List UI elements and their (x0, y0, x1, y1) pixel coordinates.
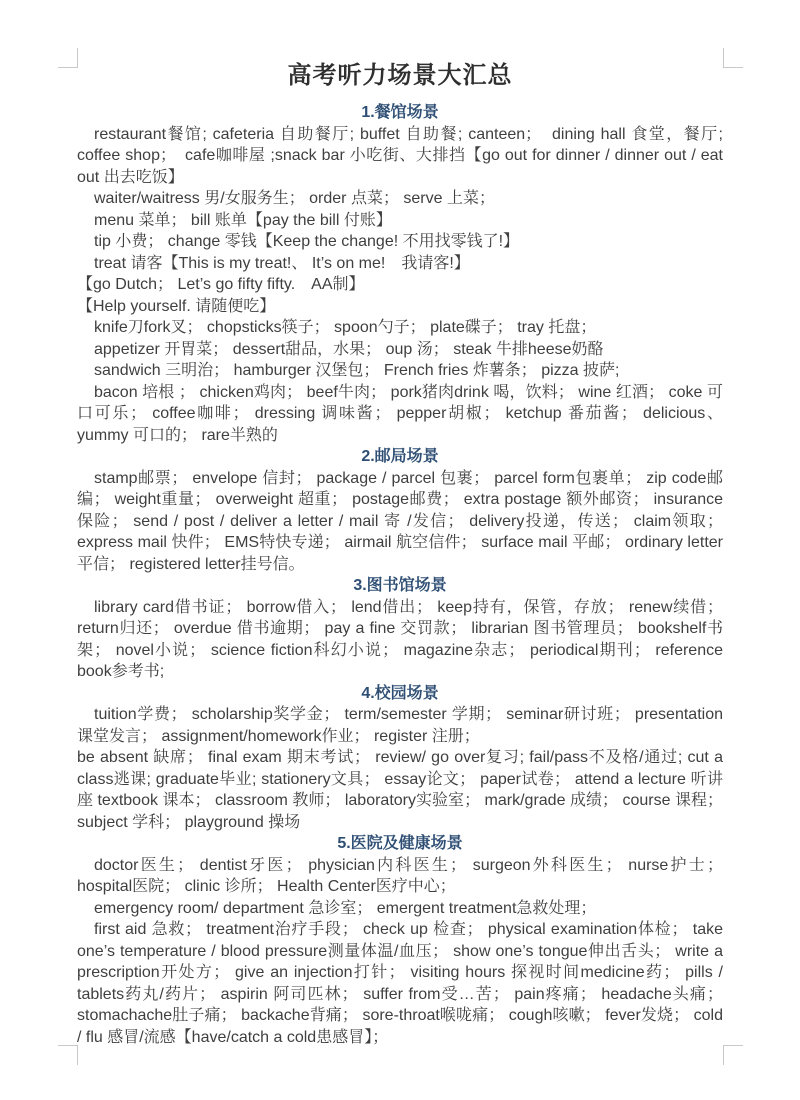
paragraph: doctor医生； dentist牙医； physician内科医生； surg… (77, 855, 723, 898)
paragraph: stamp邮票； envelope 信封； package / parcel 包… (77, 468, 723, 576)
paragraph: first aid 急救； treatment治疗手段； check up 检查… (77, 919, 723, 1048)
paragraph: emergency room/ department 急诊室； emergent… (77, 898, 723, 920)
text-boundary-mark-top-left (58, 48, 78, 68)
text-boundary-mark-bottom-left (58, 1045, 78, 1065)
paragraph: be absent 缺席； final exam 期末考试； review/ g… (77, 747, 723, 833)
paragraph: treat 请客【This is my treat!、 It’s on me! … (77, 253, 723, 275)
section-heading-hospital-health: 5.医院及健康场景 (77, 833, 723, 855)
section-library: 3.图书馆场景 library card借书证； borrow借入； lend借… (77, 575, 723, 683)
section-post-office: 2.邮局场景 stamp邮票； envelope 信封； package / p… (77, 446, 723, 575)
section-restaurant: 1.餐馆场景 restaurant餐馆; cafeteria 自助餐厅; buf… (77, 102, 723, 446)
paragraph: restaurant餐馆; cafeteria 自助餐厅; buffet 自助餐… (77, 124, 723, 189)
paragraph: bacon 培根 ； chicken鸡肉； beef牛肉； pork猪肉drin… (77, 382, 723, 447)
paragraph: appetizer 开胃菜； dessert甜品，水果； oup 汤； stea… (77, 339, 723, 361)
paragraph: library card借书证； borrow借入； lend借出； keep持… (77, 597, 723, 683)
paragraph: waiter/waitress 男/女服务生； order 点菜； serve … (77, 188, 723, 210)
paragraph: sandwich 三明治； hamburger 汉堡包； French frie… (77, 360, 723, 382)
paragraph: tip 小费； change 零钱【Keep the change! 不用找零钱… (77, 231, 723, 253)
document-body: 高考听力场景大汇总 1.餐馆场景 restaurant餐馆; cafeteria… (77, 62, 723, 1048)
paragraph: 【go Dutch； Let’s go fifty fifty. AA制】 (77, 274, 723, 296)
paragraph: menu 菜单； bill 账单【pay the bill 付账】 (77, 210, 723, 232)
text-boundary-mark-bottom-right (723, 1045, 743, 1065)
paragraph: tuition学费； scholarship奖学金； term/semester… (77, 704, 723, 747)
paragraph: knife刀fork叉； chopsticks筷子； spoon勺子； plat… (77, 317, 723, 339)
text-boundary-mark-top-right (723, 48, 743, 68)
document-page: 高考听力场景大汇总 1.餐馆场景 restaurant餐馆; cafeteria… (0, 0, 800, 1100)
section-heading-campus: 4.校园场景 (77, 683, 723, 705)
document-title: 高考听力场景大汇总 (77, 62, 723, 90)
paragraph: 【Help yourself. 请随便吃】 (77, 296, 723, 318)
section-hospital-health: 5.医院及健康场景 doctor医生； dentist牙医； physician… (77, 833, 723, 1048)
section-heading-post-office: 2.邮局场景 (77, 446, 723, 468)
section-heading-library: 3.图书馆场景 (77, 575, 723, 597)
section-heading-restaurant: 1.餐馆场景 (77, 102, 723, 124)
section-campus: 4.校园场景 tuition学费； scholarship奖学金； term/s… (77, 683, 723, 834)
